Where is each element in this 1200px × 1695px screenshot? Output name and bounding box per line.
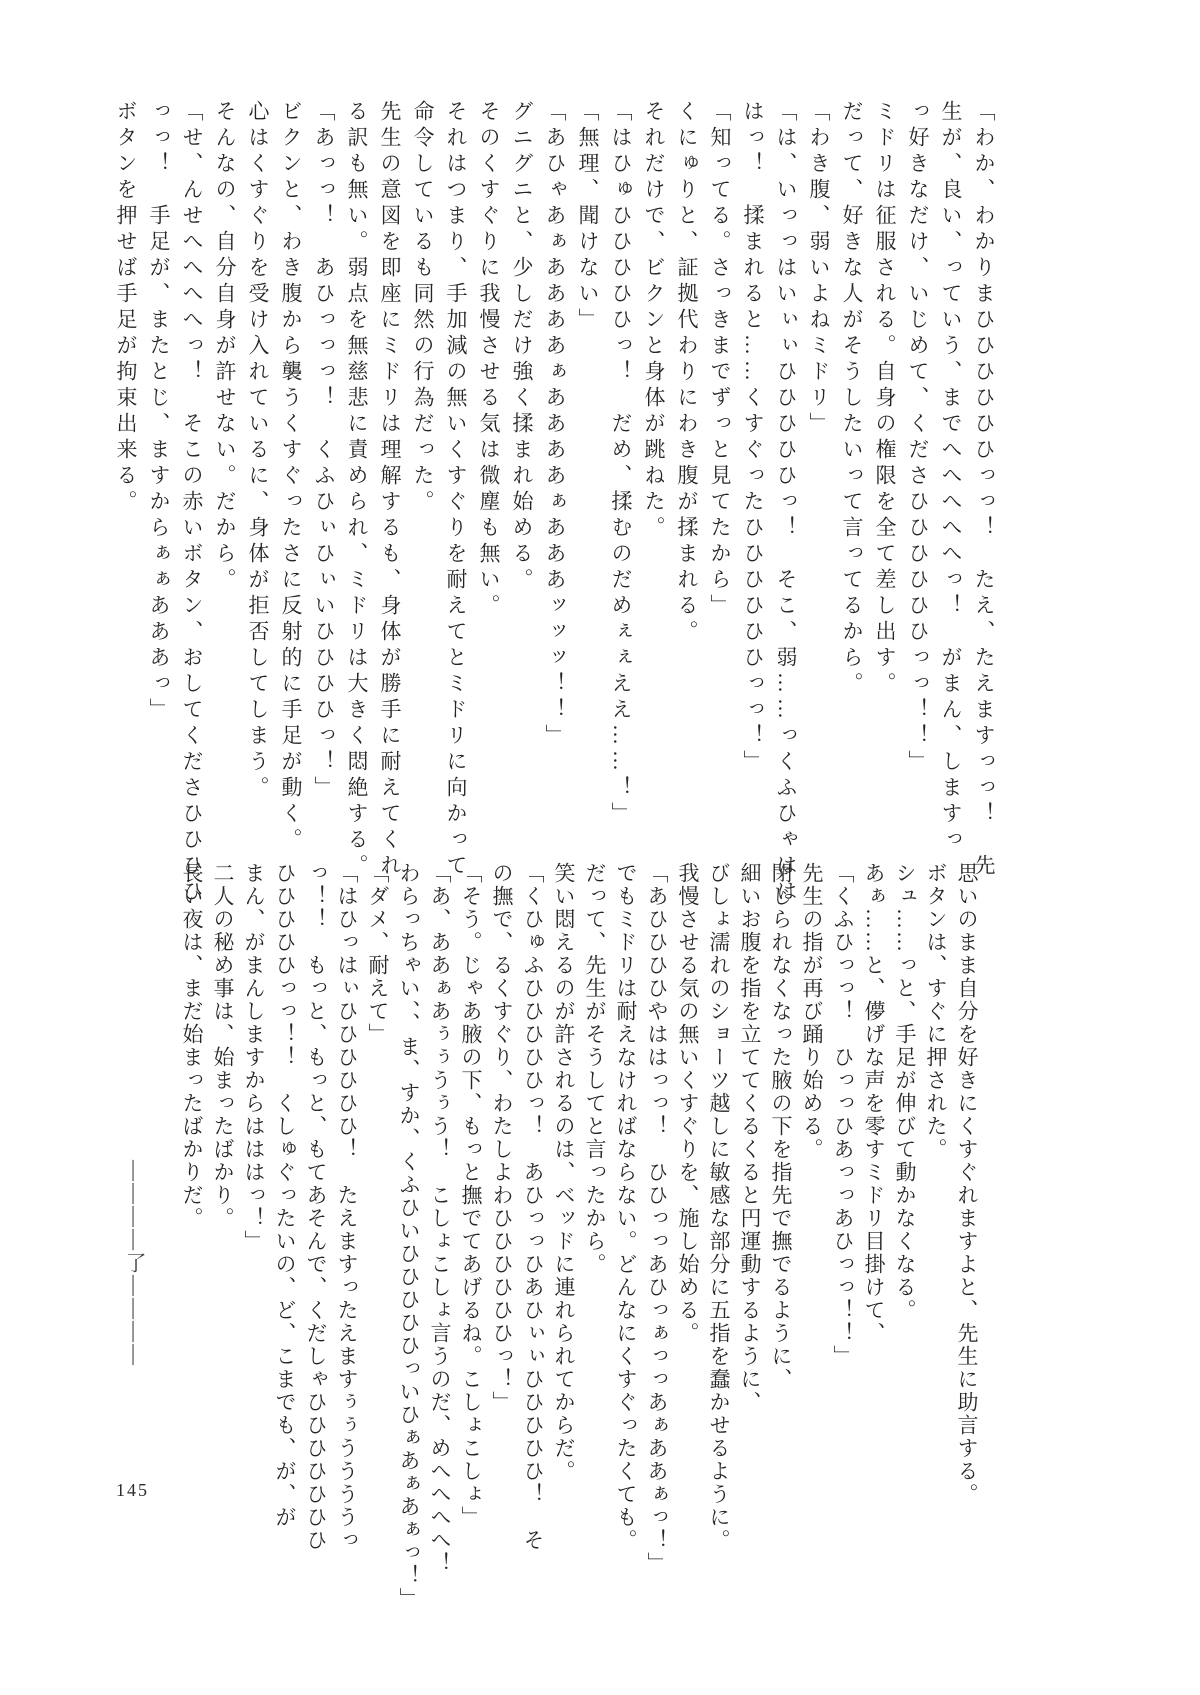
text-column: っ好きなだけ、いじめて、くださひひひひひひっっ！！」 [901,100,934,848]
text-column: はっ！ 揉まれると……くすぐったひひひひひひっっ！」 [736,100,769,848]
text-column: 「あひひひひやははっっ！ ひひっっあひっぁっっあぁああぁっ！」 [641,862,672,1490]
text-column: 閉じられなくなった腋の下を指先で撫でるように、 [765,862,796,1490]
text-column: 「せ、んせへへへへっ！ そこの赤いボタン、おしてくださひひひひ [175,100,208,848]
text-column: あぁ……と、儚げな声を零すミドリ目掛けて、 [858,862,889,1490]
text-column: それだけで、ビクンと身体が跳ねた。 [637,100,670,848]
text-column: 細いお腹を指を立ててくるくると円運動するように、 [734,862,765,1490]
text-column: びしょ濡れのショーツ越しに敏感な部分に五指を蠢かせるように。 [703,862,734,1490]
text-column: 「あひゃあぁああああぁああああぁあああッッッ！！」 [538,100,571,848]
text-column: 二人の秘め事は、始まったばかり。 [207,862,238,1490]
text-column: 長い夜は、まだ始まったばかりだ。 [176,862,207,1490]
text-column: 「あ、ああぁあぅぅうぅう！ こしょこしょ言うのだ、めへへへへ！ [424,862,455,1490]
text-column: ビクンと、わき腹から襲うくすぐったさに反射的に手足が動く。 [274,100,307,848]
text-block-bottom: 思いのまま自分を好きにくすぐれますよと、先生に助言する。ボタンは、すぐに押された… [176,862,982,1490]
text-column: 生が、良い、っていう、までへへへへへっ！ がまん、しますっ [934,100,967,848]
text-column: 「はひゅひひひひひっ！ だめ、揉むのだめぇぇええ……！」 [604,100,637,848]
text-column: 「ダメ、耐えて」 [362,862,393,1490]
text-column: 「あっっ！ あひっっっ！ くふひぃひぃいひひひひっ！」 [307,100,340,848]
text-column: まん、がまんしますからはははっ！」 [238,862,269,1490]
text-block-top: 「わか、わかりまひひひひひひっっ！ たえ、たえますっっ！ 先生が、良い、っていう… [109,100,1000,848]
text-column: 「わか、わかりまひひひひひひっっ！ たえ、たえますっっ！ 先 [967,100,1000,848]
text-column: でもミドリは耐えなければならない。どんなにくすぐったくても。 [610,862,641,1490]
text-column: それはつまり、手加減の無いくすぐりを耐えてとミドリに向かって [439,100,472,848]
text-column: 笑い悶えるのが許されるのは、ベッドに連れられてからだ。 [548,862,579,1490]
text-column: 命令しているも同然の行為だった。 [406,100,439,848]
text-column: の撫で、るくすぐり、わたしよわひひひひひひっ！」 [486,862,517,1490]
text-column: 「くふひっっ！ ひっっひあっっあひっっ！！」 [827,862,858,1490]
text-column: 「そう。じゃあ腋の下、もっと撫でてあげるね。こしょこしょ」 [455,862,486,1490]
page-number: 145 [116,1480,149,1501]
text-column: だって、先生がそうしてと言ったから。 [579,862,610,1490]
text-column: わらっちゃい、、ま、すか、くふひいひひひひひっいひぁあぁあぁっ！」 [393,862,424,1490]
text-column: そんなの、自分自身が許せない。だから。 [208,100,241,848]
text-column: グニグニと、少しだけ強く揉まれ始める。 [505,100,538,848]
text-column: シュ……っと、手足が伸びて動かなくなる。 [889,862,920,1490]
text-column: 「知ってる。さっきまでずっと見てたから」 [703,100,736,848]
text-column: 我慢させる気の無いくすぐりを、施し始める。 [672,862,703,1490]
text-column: っっ！ 手足が、またとじ、ますからぁぁあああっ」 [142,100,175,848]
text-column: ボタンを押せば手足が拘束出来る。 [109,100,142,848]
text-column: 心はくすぐりを受け入れているに、身体が拒否してしまう。 [241,100,274,848]
text-column: 「くひゅふひひひひひっ！ あひっっひあひぃぃひひひひひ！ そ [517,862,548,1490]
text-column: 先生の指が再び踊り始める。 [796,862,827,1490]
text-column: くにゅりと、証拠代わりにわき腹が揉まれる。 [670,100,703,848]
text-column: ボタンは、すぐに押された。 [920,862,951,1490]
text-column: だって、好きな人がそうしたいって言ってるから。 [835,100,868,848]
text-column: ひひひひひっっ！！ くしゅぐったいの、ど、こまでも、が、が [269,862,300,1490]
text-column: っ！！ もっと、もっと、もてあそんで、くだしゃひひひひひひひ [300,862,331,1490]
text-column: 「は、いっっはいぃぃひひひひひっ！ そこ、弱……っくふひゃはは [769,100,802,848]
text-column: る訳も無い。弱点を無慈悲に責められ、ミドリは大きく悶絶する。 [340,100,373,848]
text-column: 「わき腹、弱いよねミドリ」 [802,100,835,848]
story-end-mark: ――――了―――― [120,1160,150,1367]
scanned-novel-page: 「わか、わかりまひひひひひひっっ！ たえ、たえますっっ！ 先生が、良い、っていう… [0,0,1200,1695]
text-column: ミドリは征服される。自身の権限を全て差し出す。 [868,100,901,848]
text-column: 思いのまま自分を好きにくすぐれますよと、先生に助言する。 [951,862,982,1490]
text-column: そのくすぐりに我慢させる気は微塵も無い。 [472,100,505,848]
text-column: 「はひっはぃひひひひひひ！ たえますったえますぅぅううううっ [331,862,362,1490]
text-column: 先生の意図を即座にミドリは理解するも、身体が勝手に耐えてくれ [373,100,406,848]
text-column: 「無理、聞けない」 [571,100,604,848]
